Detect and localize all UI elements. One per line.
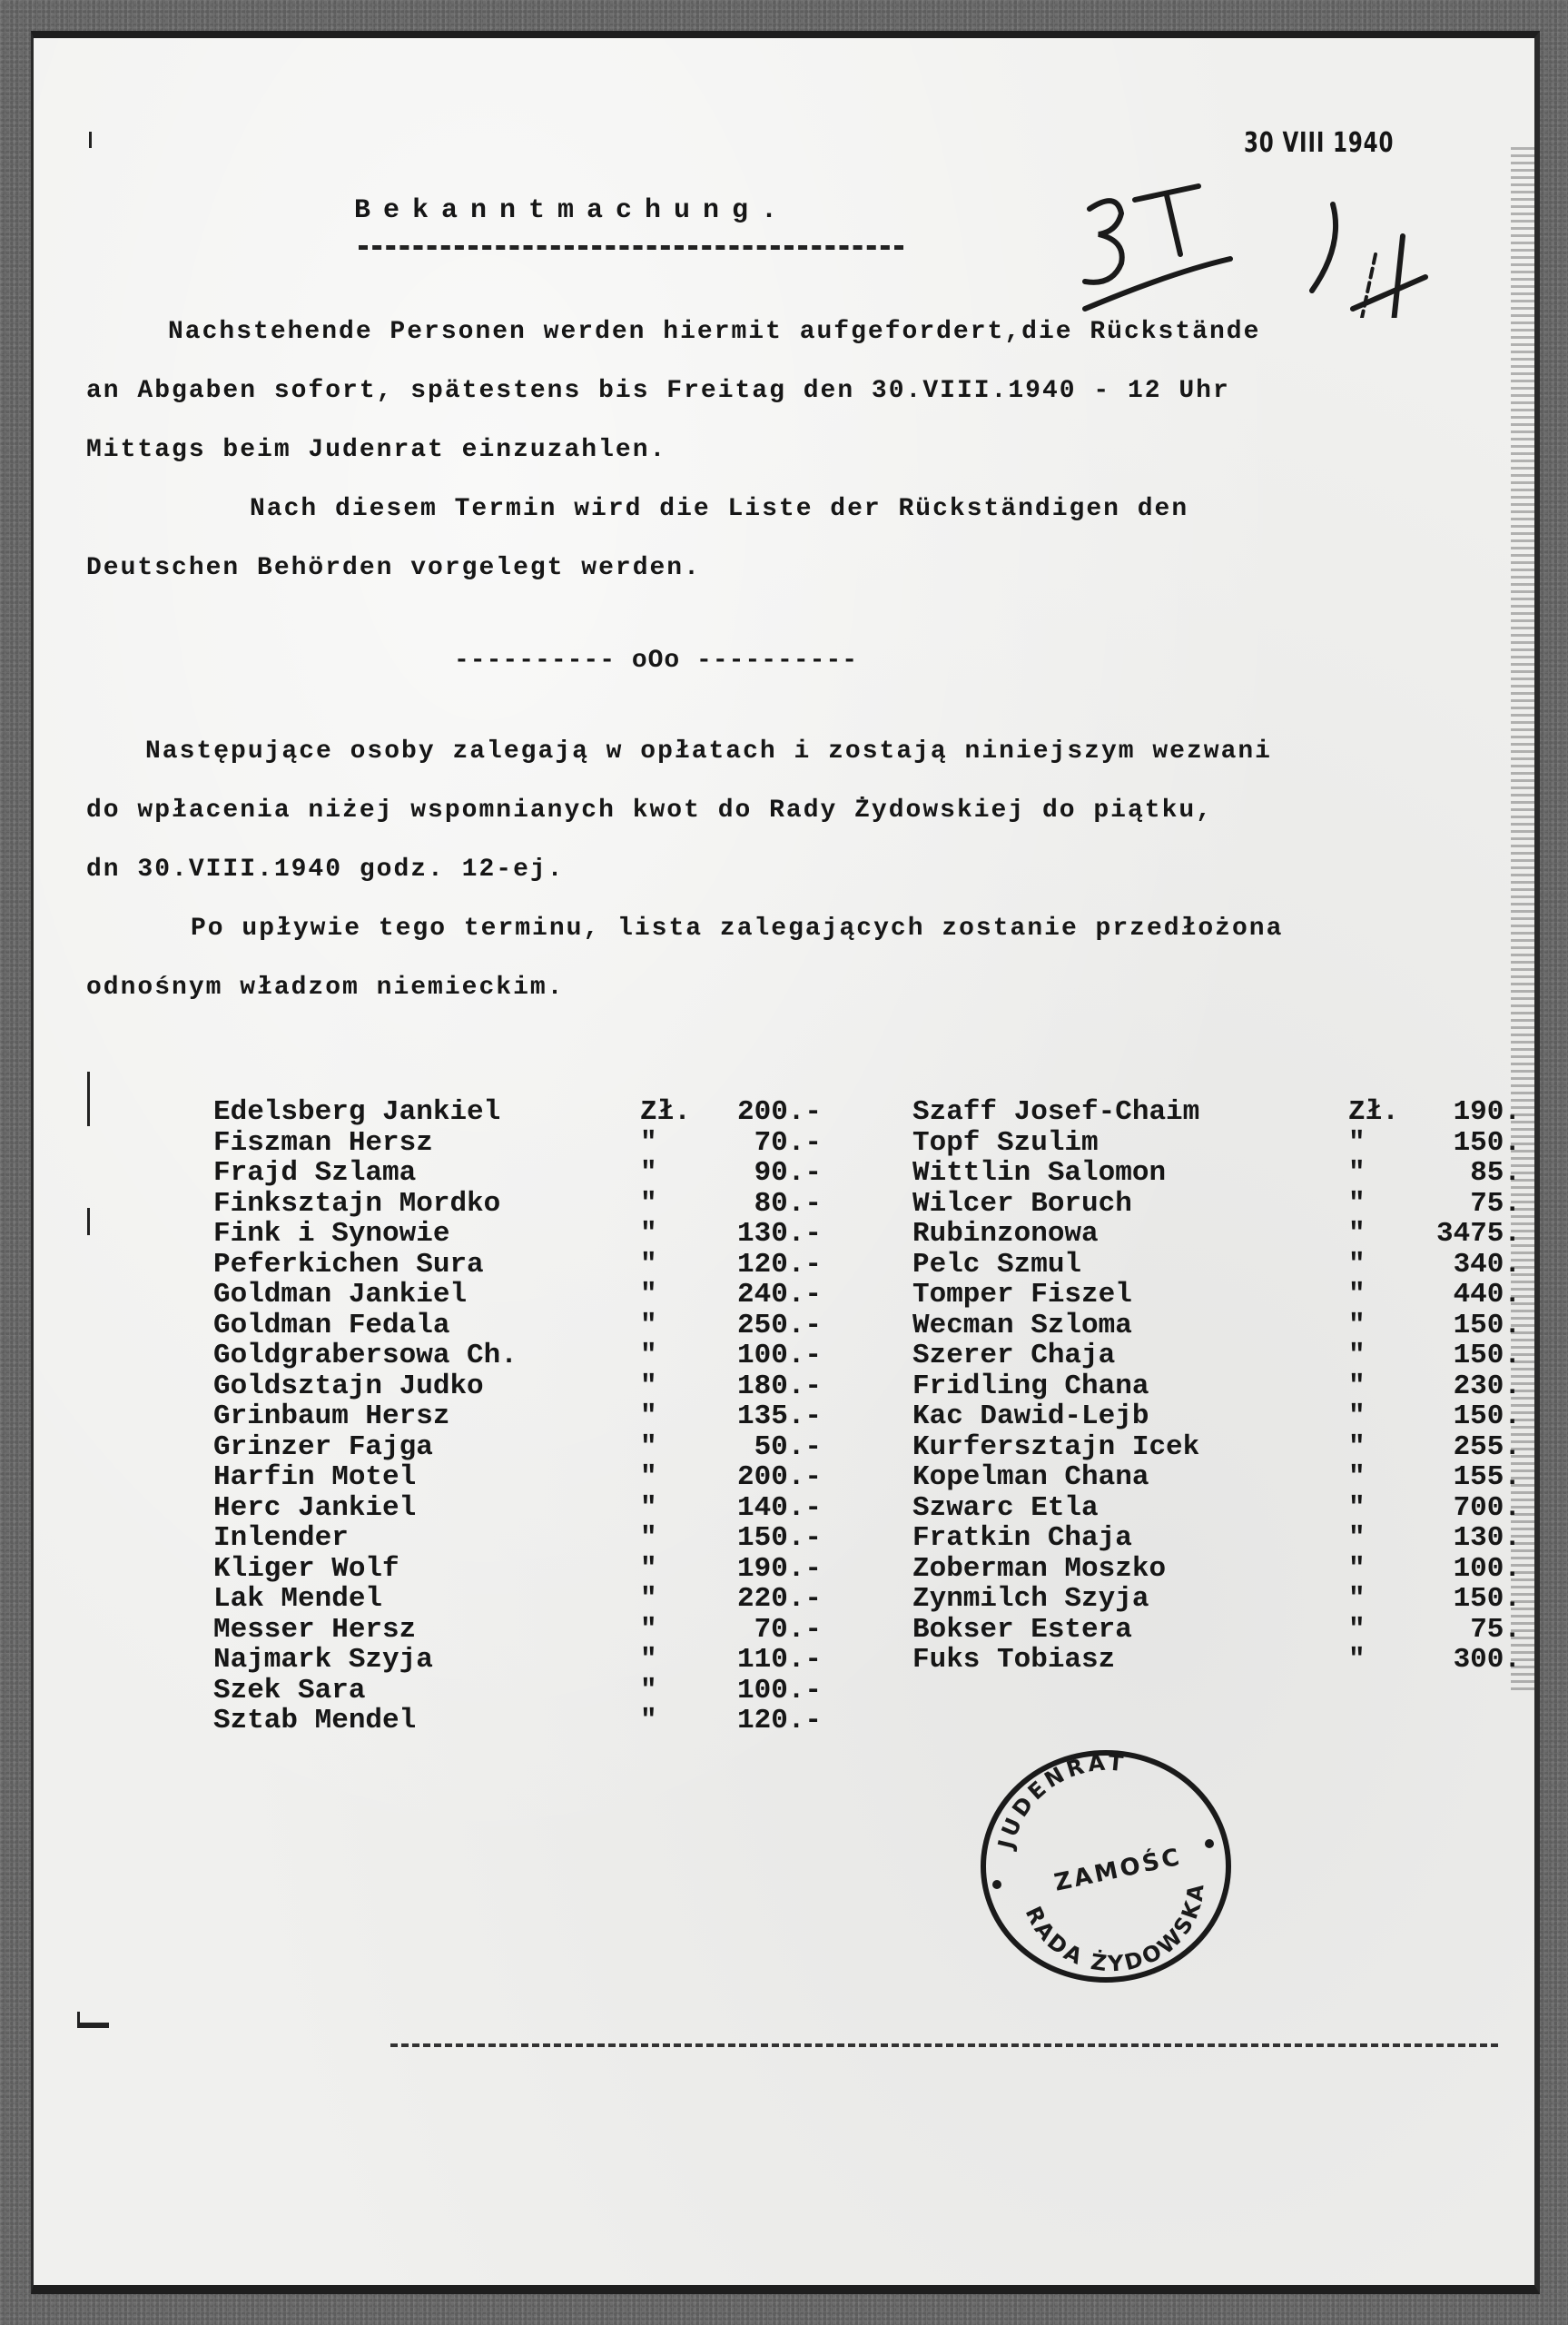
debt-amount: 100.- (704, 1676, 822, 1707)
currency-mark: " (640, 1311, 704, 1341)
handwritten-annotation (1080, 173, 1444, 318)
debt-amount: 80.- (704, 1189, 822, 1220)
debt-amount: 150.- (704, 1523, 822, 1554)
margin-tick (89, 132, 92, 148)
debtor-row: Wilcer Boruch"75. (912, 1189, 1521, 1220)
currency-mark: " (640, 1584, 704, 1615)
debtor-name: Sztab Mendel (213, 1706, 640, 1736)
debtor-row: Tomper Fiszel"440. (912, 1280, 1521, 1311)
debtor-row: Szerer Chaja"150. (912, 1341, 1521, 1371)
debtor-row: Pelc Szmul"340. (912, 1250, 1521, 1281)
debt-amount: 150. (1394, 1401, 1521, 1432)
debt-amount: 190.- (704, 1554, 822, 1585)
currency-mark: " (1348, 1584, 1394, 1615)
german-title: Bekanntmachung. (354, 195, 790, 226)
currency-mark: " (640, 1432, 704, 1463)
debtor-name: Wittlin Salomon (912, 1158, 1348, 1189)
seal-center-text: ZAMOŚC (1051, 1842, 1184, 1897)
debtor-name: Frajd Szlama (213, 1158, 640, 1189)
currency-mark: " (1348, 1280, 1394, 1311)
margin-tick (87, 1072, 90, 1126)
debtor-row: Fuks Tobiasz"300. (912, 1645, 1521, 1676)
currency-mark: " (1348, 1523, 1394, 1554)
debtor-row: Szaff Josef-ChaimZł.190. (912, 1097, 1521, 1128)
currency-mark: " (640, 1493, 704, 1524)
currency-mark: " (1348, 1371, 1394, 1402)
debt-amount: 70.- (704, 1128, 822, 1159)
polish-para2-line2: odnośnym władzom niemieckim. (86, 974, 564, 1002)
german-para1-line2: an Abgaben sofort, spätestens bis Freita… (86, 377, 1230, 405)
debtor-name: Grinbaum Hersz (213, 1401, 640, 1432)
debt-amount: 75. (1394, 1189, 1521, 1220)
currency-mark: " (640, 1189, 704, 1220)
debtor-row: Zoberman Moszko"100. (912, 1554, 1521, 1585)
debtor-name: Finksztajn Mordko (213, 1189, 640, 1220)
debtor-row: Bokser Estera"75. (912, 1615, 1521, 1646)
debt-amount: 140.- (704, 1493, 822, 1524)
currency-mark: " (640, 1341, 704, 1371)
currency-mark: " (1348, 1189, 1394, 1220)
currency-mark: " (640, 1706, 704, 1736)
debt-amount: 300. (1394, 1645, 1521, 1676)
debtor-row: Grinzer Fajga"50.- (213, 1432, 822, 1463)
debtor-name: Fridling Chana (912, 1371, 1348, 1402)
debtor-row: Fink i Synowie"130.- (213, 1219, 822, 1250)
debtor-row: Kurfersztajn Icek"255. (912, 1432, 1521, 1463)
debtor-row: Fridling Chana"230. (912, 1371, 1521, 1402)
currency-mark: " (1348, 1311, 1394, 1341)
svg-text:JUDENRAT: JUDENRAT (992, 1750, 1128, 1854)
debt-amount: 110.- (704, 1645, 822, 1676)
currency-mark: " (640, 1554, 704, 1585)
debtor-name: Inlender (213, 1523, 640, 1554)
debtor-name: Fuks Tobiasz (912, 1645, 1348, 1676)
currency-mark: " (640, 1280, 704, 1311)
debtor-name: Herc Jankiel (213, 1493, 640, 1524)
debtor-row: Lak Mendel"220.- (213, 1584, 822, 1615)
debtor-name: Kopelman Chana (912, 1462, 1348, 1493)
debtor-row: Zynmilch Szyja"150. (912, 1584, 1521, 1615)
debtor-name: Kurfersztajn Icek (912, 1432, 1348, 1463)
debtor-row: Wittlin Salomon"85. (912, 1158, 1521, 1189)
currency-mark: " (1348, 1462, 1394, 1493)
debtor-name: Messer Hersz (213, 1615, 640, 1646)
currency-mark: " (1348, 1250, 1394, 1281)
debt-amount: 440. (1394, 1280, 1521, 1311)
debt-amount: 700. (1394, 1493, 1521, 1524)
debtor-name: Kliger Wolf (213, 1554, 640, 1585)
debt-amount: 200.- (704, 1462, 822, 1493)
polish-para1-line2: do wpłacenia niżej wspomnianych kwot do … (86, 796, 1213, 825)
debtor-name: Zoberman Moszko (912, 1554, 1348, 1585)
debtor-row: Herc Jankiel"140.- (213, 1493, 822, 1524)
debtors-list-left: Edelsberg JankielZł.200.-Fiszman Hersz"7… (213, 1097, 822, 1736)
debtor-name: Grinzer Fajga (213, 1432, 640, 1463)
debt-amount: 75. (1394, 1615, 1521, 1646)
currency-mark: " (640, 1128, 704, 1159)
currency-mark: " (640, 1645, 704, 1676)
debtor-row: Rubinzonowa"3475. (912, 1219, 1521, 1250)
polish-para1-line1: Następujące osoby zalegają w opłatach i … (145, 737, 1272, 766)
debtor-row: Kliger Wolf"190.- (213, 1554, 822, 1585)
debtor-name: Szwarc Etla (912, 1493, 1348, 1524)
currency-mark: " (640, 1371, 704, 1402)
debt-amount: 135.- (704, 1401, 822, 1432)
debt-amount: 90.- (704, 1158, 822, 1189)
debt-amount: 100. (1394, 1554, 1521, 1585)
seal-bottom-text: RADA ŻYDOWSKA (1021, 1881, 1209, 1977)
debtor-name: Goldman Fedala (213, 1311, 640, 1341)
debtor-name: Peferkichen Sura (213, 1250, 640, 1281)
currency-mark: " (640, 1615, 704, 1646)
currency-mark: " (640, 1462, 704, 1493)
debtor-row: Frajd Szlama"90.- (213, 1158, 822, 1189)
title-underline (359, 245, 903, 250)
german-para2-line2: Deutschen Behörden vorgelegt werden. (86, 554, 701, 582)
currency-mark: " (1348, 1432, 1394, 1463)
debt-amount: 255. (1394, 1432, 1521, 1463)
debt-amount: 220.- (704, 1584, 822, 1615)
debtor-row: Messer Hersz"70.- (213, 1615, 822, 1646)
debt-amount: 50.- (704, 1432, 822, 1463)
bottom-dashed-rule (390, 2043, 1498, 2047)
debt-amount: 70.- (704, 1615, 822, 1646)
debtor-row: Kopelman Chana"155. (912, 1462, 1521, 1493)
debtor-row: Kac Dawid-Lejb"150. (912, 1401, 1521, 1432)
debtor-row: Szek Sara"100.- (213, 1676, 822, 1707)
debtor-name: Harfin Motel (213, 1462, 640, 1493)
debtor-row: Inlender"150.- (213, 1523, 822, 1554)
currency-mark: " (1348, 1158, 1394, 1189)
german-para1-line3: Mittags beim Judenrat einzuzahlen. (86, 436, 666, 464)
debtor-name: Wilcer Boruch (912, 1189, 1348, 1220)
polish-para2-line1: Po upływie tego terminu, lista zalegając… (191, 915, 1283, 943)
currency-mark: " (640, 1401, 704, 1432)
currency-mark: " (640, 1250, 704, 1281)
debt-amount: 150. (1394, 1341, 1521, 1371)
debt-amount: 150. (1394, 1128, 1521, 1159)
currency-mark: " (1348, 1554, 1394, 1585)
debtor-name: Kac Dawid-Lejb (912, 1401, 1348, 1432)
debt-amount: 250.- (704, 1311, 822, 1341)
debtor-row: Najmark Szyja"110.- (213, 1645, 822, 1676)
currency-mark: " (640, 1219, 704, 1250)
margin-mark (77, 2012, 109, 2028)
debtor-name: Fratkin Chaja (912, 1523, 1348, 1554)
debtor-row: Goldman Jankiel"240.- (213, 1280, 822, 1311)
debt-amount: 155. (1394, 1462, 1521, 1493)
debtor-name: Rubinzonowa (912, 1219, 1348, 1250)
debtor-name: Edelsberg Jankiel (213, 1097, 640, 1128)
debtor-row: Edelsberg JankielZł.200.- (213, 1097, 822, 1128)
debt-amount: 340. (1394, 1250, 1521, 1281)
currency-mark: " (640, 1523, 704, 1554)
debt-amount: 230. (1394, 1371, 1521, 1402)
polish-para1-line3: dn 30.VIII.1940 godz. 12-ej. (86, 856, 564, 884)
debt-amount: 150. (1394, 1584, 1521, 1615)
debt-amount: 100.- (704, 1341, 822, 1371)
debtor-name: Topf Szulim (912, 1128, 1348, 1159)
debtor-name: Bokser Estera (912, 1615, 1348, 1646)
debtor-row: Szwarc Etla"700. (912, 1493, 1521, 1524)
debtor-row: Sztab Mendel"120.- (213, 1706, 822, 1736)
debtor-row: Fratkin Chaja"130. (912, 1523, 1521, 1554)
debtors-list-right: Szaff Josef-ChaimZł.190.Topf Szulim"150.… (912, 1097, 1521, 1676)
debtor-name: Fink i Synowie (213, 1219, 640, 1250)
debtor-name: Szerer Chaja (912, 1341, 1348, 1371)
debtor-row: Goldsztajn Judko"180.- (213, 1371, 822, 1402)
currency-mark: Zł. (1348, 1097, 1394, 1128)
debt-amount: 85. (1394, 1158, 1521, 1189)
debtor-name: Najmark Szyja (213, 1645, 640, 1676)
currency-mark: " (1348, 1615, 1394, 1646)
debt-amount: 130.- (704, 1219, 822, 1250)
debtor-name: Lak Mendel (213, 1584, 640, 1615)
currency-mark: " (1348, 1645, 1394, 1676)
svg-text:RADA ŻYDOWSKA: RADA ŻYDOWSKA (1021, 1881, 1209, 1977)
judenrat-zamosc-seal: JUDENRAT ZAMOŚC RADA ŻYDOWSKA (971, 1744, 1235, 1989)
currency-mark: " (640, 1676, 704, 1707)
debtor-name: Goldsztajn Judko (213, 1371, 640, 1402)
debtor-row: Peferkichen Sura"120.- (213, 1250, 822, 1281)
german-para2-line1: Nach diesem Termin wird die Liste der Rü… (250, 495, 1188, 523)
margin-tick (87, 1208, 90, 1235)
currency-mark: " (1348, 1401, 1394, 1432)
debtor-row: Topf Szulim"150. (912, 1128, 1521, 1159)
debt-amount: 120.- (704, 1706, 822, 1736)
debtor-name: Szek Sara (213, 1676, 640, 1707)
debtor-name: Zynmilch Szyja (912, 1584, 1348, 1615)
debtor-name: Szaff Josef-Chaim (912, 1097, 1348, 1128)
debtor-row: Harfin Motel"200.- (213, 1462, 822, 1493)
debt-amount: 200.- (704, 1097, 822, 1128)
currency-mark: " (1348, 1219, 1394, 1250)
received-date-stamp: 30 VIII 1940 (1244, 127, 1394, 159)
debtor-name: Tomper Fiszel (912, 1280, 1348, 1311)
currency-mark: Zł. (640, 1097, 704, 1128)
debtor-name: Pelc Szmul (912, 1250, 1348, 1281)
debtor-row: Grinbaum Hersz"135.- (213, 1401, 822, 1432)
debt-amount: 120.- (704, 1250, 822, 1281)
debt-amount: 190. (1394, 1097, 1521, 1128)
debtor-row: Finksztajn Mordko"80.- (213, 1189, 822, 1220)
debt-amount: 240.- (704, 1280, 822, 1311)
debtor-name: Goldgrabersowa Ch. (213, 1341, 640, 1371)
debtor-name: Fiszman Hersz (213, 1128, 640, 1159)
german-para1-line1: Nachstehende Personen werden hiermit auf… (168, 318, 1260, 346)
debtor-row: Goldgrabersowa Ch."100.- (213, 1341, 822, 1371)
debt-amount: 130. (1394, 1523, 1521, 1554)
debtor-row: Wecman Szloma"150. (912, 1311, 1521, 1341)
debtor-name: Wecman Szloma (912, 1311, 1348, 1341)
debtor-name: Goldman Jankiel (213, 1280, 640, 1311)
debtor-row: Goldman Fedala"250.- (213, 1311, 822, 1341)
section-divider: ---------- oOo ---------- (454, 647, 858, 675)
debtor-row: Fiszman Hersz"70.- (213, 1128, 822, 1159)
currency-mark: " (1348, 1128, 1394, 1159)
debt-amount: 180.- (704, 1371, 822, 1402)
seal-top-text: JUDENRAT (992, 1750, 1128, 1854)
currency-mark: " (1348, 1493, 1394, 1524)
currency-mark: " (1348, 1341, 1394, 1371)
debt-amount: 3475. (1394, 1219, 1521, 1250)
currency-mark: " (640, 1158, 704, 1189)
debt-amount: 150. (1394, 1311, 1521, 1341)
